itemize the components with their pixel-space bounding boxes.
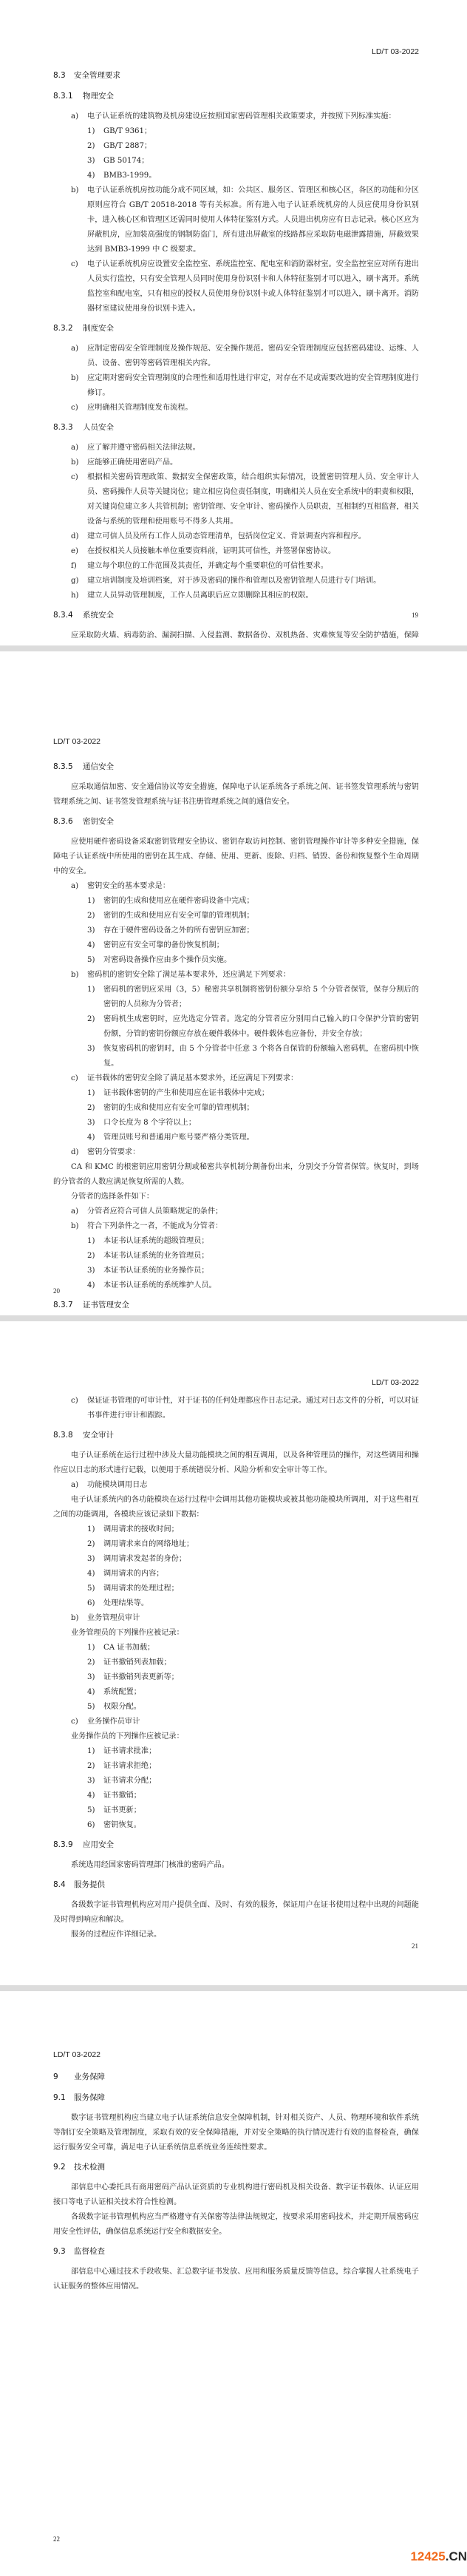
list-item: c)应明确相关管理制度发布流程。 (53, 401, 419, 416)
list-item-text: 本证书认证系统的业务操作员； (103, 1267, 209, 1275)
list-item: d)密钥分管要求： (53, 1145, 419, 1160)
list-marker: 3) (87, 1042, 95, 1057)
page-number: 22 (53, 2535, 60, 2543)
list-item: a)应了解并遵守密码相关法律法规。 (53, 441, 419, 455)
list-marker: a) (71, 1478, 78, 1493)
sub-list-item: 1)密码机的密钥应采用（3，5）秘密共享机制将密钥份额分享给 5 个分管者保管，… (53, 983, 419, 1012)
paragraph: 各级数字证书管理机构应当严格遵守有关保密等法律法规规定，按要求采用密码技术，并定… (53, 2210, 419, 2240)
section-title: 监督检查 (74, 2247, 105, 2256)
section-number: 9.3 (53, 2244, 74, 2259)
sub-list-item: 4)密钥应有安全可靠的备份恢复机制； (53, 938, 419, 953)
list-marker: 4) (87, 1789, 95, 1803)
sub-list-item: 3)口令长度为 8 个字符以上； (53, 1116, 419, 1131)
section-heading: 8.3.9应用安全 (53, 1837, 419, 1852)
list-item: a)功能模块调用日志 (53, 1478, 419, 1493)
list-marker: c) (71, 470, 78, 485)
list-item-text: 本证书认证系统的系统维护人员。 (103, 1281, 217, 1289)
section-number: 8.4 (53, 1877, 74, 1892)
page-number: 19 (412, 611, 418, 619)
section-heading: 8.3.8安全审计 (53, 1428, 419, 1443)
list-item: b)应能够正确使用密码产品。 (53, 455, 419, 470)
section-title: 人员安全 (83, 423, 114, 432)
section-number: 8.3.2 (53, 321, 83, 336)
list-marker: a) (71, 441, 78, 455)
list-item-text: 调用请求的处理过程； (103, 1584, 179, 1593)
list-item-text: 系统配置； (103, 1688, 141, 1696)
list-item-text: 证书请求拒绝； (103, 1762, 156, 1770)
sub-list-item: 1)调用请求的接收时间； (53, 1522, 419, 1537)
list-item-text: 业务管理员审计 (87, 1614, 140, 1622)
sub-list-item: 1)本证书认证系统的超级管理员； (53, 1234, 419, 1249)
sub-list-item: 6)处理结果等。 (53, 1596, 419, 1611)
list-marker: f) (71, 559, 77, 574)
paragraph: 应采取通信加密、安全通信协议等安全措施，保障电子认证系统各子系统之间、证书签发管… (53, 780, 419, 810)
sub-list-item: 4)调用请求的内容； (53, 1567, 419, 1582)
page-separator (0, 645, 467, 651)
sub-list-item: 2)证书请求拒绝； (53, 1759, 419, 1774)
section-number: 8.3.7 (53, 1298, 83, 1312)
list-item-text: 电子认证系统机房按功能分成不同区域，如：公共区、服务区、管理区和核心区，各区的功… (87, 186, 419, 254)
list-item-text: 建立可信人员及所有工作人员动态管理清单，包括岗位定义、背景调查内容和程序。 (87, 532, 366, 540)
list-marker: 2) (87, 1012, 95, 1027)
sub-list-item: 4)证书撤销； (53, 1789, 419, 1803)
sub-list-item: 3)存在于硬件密码设备之外的所有密钥应加密； (53, 923, 419, 938)
list-item-text: BMB3-1999。 (103, 172, 156, 180)
list-marker: 1) (87, 1234, 95, 1249)
list-item-text: 管理员账号和普通用户账号要严格分类管理。 (103, 1133, 254, 1142)
list-marker: a) (71, 1204, 78, 1219)
list-marker: e) (71, 544, 78, 559)
section-title: 制度安全 (83, 324, 114, 333)
list-item-text: 在授权相关人员接触本单位重要资料前，证明其可信性，并签署保密协议。 (87, 547, 335, 555)
paragraph: 电子认证系统内的各功能模块在运行过程中会调用其他功能模块或被其他功能模块所调用，… (53, 1493, 419, 1522)
sub-list-item: 1)证书载体密钥的产生和使用应在证书载体中完成； (53, 1086, 419, 1101)
list-marker: 6) (87, 1818, 95, 1833)
list-item-text: CA 证书加载； (103, 1644, 154, 1652)
document-code-header: LD/T 03-2022 (53, 737, 100, 746)
list-item-text: 调用请求来自的网络地址； (103, 1540, 194, 1548)
list-marker: 2) (87, 1101, 95, 1116)
list-marker: 2) (87, 1537, 95, 1552)
list-item-text: 建立每个职位的工作范围及其责任，并确定每个重要职位的可信性要求。 (87, 562, 328, 570)
list-item-text: 密钥分管要求： (87, 1148, 140, 1156)
page-21: LD/T 03-2022 c)保证证书管理的可审计性，对于证书的任何处理都应作日… (0, 1321, 467, 1985)
list-marker: 1) (87, 1641, 95, 1655)
list-item-text: 密钥的生成和使用应有安全可靠的管理机制； (103, 912, 254, 920)
list-item: b)业务管理员审计 (53, 1611, 419, 1626)
list-marker: 1) (87, 894, 95, 909)
section-title: 服务提供 (74, 1880, 105, 1889)
list-item-text: 密钥的生成和使用应有安全可靠的管理机制； (103, 1104, 254, 1112)
section-heading: 9.2技术检测 (53, 2160, 419, 2175)
list-marker: b) (71, 968, 79, 983)
section-number: 9.1 (53, 2090, 74, 2105)
sub-list-item: 3)GB 50174； (53, 154, 419, 169)
page-22: LD/T 03-2022 9业务保障9.1服务保障数字证书管理机构应当建立电子认… (0, 1991, 467, 2576)
list-item-text: 密钥的生成和使用应在硬件密码设备中完成； (103, 897, 254, 905)
sub-list-item: 3)恢复密码机的密钥时，由 5 个分管者中任意 3 个将各自保管的份额输入密码机… (53, 1042, 419, 1071)
list-marker: 2) (87, 1249, 95, 1264)
paragraph: CA 和 KMC 的根密钥应用密钥分割或秘密共享机制分割备份出来，分别交予分管者… (53, 1160, 419, 1190)
list-item-text: 口令长度为 8 个字符以上； (103, 1119, 196, 1127)
paragraph: 系统选用经国家密码管理部门核准的密码产品。 (53, 1858, 419, 1873)
list-marker: 1) (87, 1086, 95, 1101)
list-item: a)分管者应符合可信人员策略规定的条件； (53, 1204, 419, 1219)
page-number: 20 (53, 1287, 60, 1295)
document-code-header: LD/T 03-2022 (53, 2050, 100, 2059)
sub-list-item: 4)管理员账号和普通用户账号要严格分类管理。 (53, 1131, 419, 1145)
list-item: a)密钥安全的基本要求是： (53, 879, 419, 894)
list-item: f)建立每个职位的工作范围及其责任，并确定每个重要职位的可信性要求。 (53, 559, 419, 574)
list-marker: 3) (87, 1264, 95, 1278)
watermark-number: 12425 (410, 2549, 445, 2563)
list-item-text: GB/T 9361； (103, 127, 151, 135)
list-item-text: 密钥应有安全可靠的备份恢复机制； (103, 941, 224, 949)
section-number: 8.3.5 (53, 759, 83, 774)
sub-list-item: 5)对密码设备操作应由多个操作员实施。 (53, 953, 419, 968)
list-item-text: 应定期对密码安全管理制度的合理性和适用性进行审定，对存在不足或需要改进的安全管理… (87, 374, 419, 397)
list-item-text: 证书撤销； (103, 1792, 141, 1800)
list-item-text: 密钥恢复。 (103, 1821, 141, 1829)
list-item-text: 恢复密码机的密钥时，由 5 个分管者中任意 3 个将各自保管的份额输入密码机，在… (103, 1045, 419, 1068)
section-number: 8.3.9 (53, 1837, 83, 1852)
paragraph: 业务操作员的下列操作应被记录： (53, 1729, 419, 1744)
sub-list-item: 1)密钥的生成和使用应在硬件密码设备中完成； (53, 894, 419, 909)
page-separator (0, 1985, 467, 1991)
section-heading: 8.3.6密钥安全 (53, 814, 419, 829)
section-number: 9.2 (53, 2160, 74, 2175)
sub-list-item: 3)证书请求分配； (53, 1774, 419, 1789)
list-item-text: 密码机的密钥应采用（3，5）秘密共享机制将密钥份额分享给 5 个分管者保管，保存… (103, 986, 419, 1009)
list-marker: b) (71, 455, 79, 470)
section-title: 系统安全 (83, 611, 114, 620)
list-item-text: 存在于硬件密码设备之外的所有密钥应加密； (103, 926, 254, 935)
paragraph: 服务的过程应作详细记录。 (53, 1928, 419, 1942)
page-body: 8.3.5通信安全应采取通信加密、安全通信协议等安全措施，保障电子认证系统各子系… (53, 755, 419, 1377)
sub-list-item: 2)证书撤销列表加载； (53, 1655, 419, 1670)
list-item-text: GB 50174； (103, 157, 149, 165)
sub-list-item: 6)密钥恢复。 (53, 1818, 419, 1833)
list-marker: 3) (87, 923, 95, 938)
section-number: 8.3.4 (53, 608, 83, 623)
list-marker: 3) (87, 1774, 95, 1789)
list-marker: c) (71, 257, 78, 272)
paragraph: 部信息中心通过技术手段收集、汇总数字证书发放、应用和服务质量反馈等信息，综合掌握… (53, 2265, 419, 2294)
section-heading: 9.1服务保障 (53, 2090, 419, 2105)
sub-list-item: 2)本证书认证系统的业务管理员； (53, 1249, 419, 1264)
list-item: c)业务操作员审计 (53, 1715, 419, 1729)
sub-list-item: 5)权限分配。 (53, 1700, 419, 1715)
section-number: 9 (53, 2070, 74, 2084)
list-marker: d) (71, 1145, 79, 1160)
list-item-text: 调用请求发起者的身份； (103, 1555, 186, 1563)
list-item-text: 应制定密码安全管理制度及操作规范、安全操作规范。密码安全管理制度应包括密码建设、… (87, 345, 419, 367)
section-number: 8.3.1 (53, 89, 83, 104)
watermark-domain: .CN (446, 2549, 467, 2563)
list-marker: 5) (87, 953, 95, 968)
section-title: 业务保障 (74, 2072, 105, 2081)
list-marker: 5) (87, 1700, 95, 1715)
list-marker: 1) (87, 1522, 95, 1537)
sub-list-item: 4)系统配置； (53, 1685, 419, 1700)
list-item: c)电子认证系统机房应设置安全监控室、系统监控室、配电室和消防器材室。安全监控室… (53, 257, 419, 316)
list-item: b)符合下列条件之一者，不能成为分管者： (53, 1219, 419, 1234)
page-body: 9业务保障9.1服务保障数字证书管理机构应当建立电子认证系统信息安全保障机制，针… (53, 2065, 419, 2294)
list-marker: g) (71, 574, 79, 589)
list-item-text: 处理结果等。 (103, 1599, 149, 1607)
sub-list-item: 2)密码机生成密钥时，应先选定分管者。选定的分管者应分别用自己输入的口令保护分管… (53, 1012, 419, 1042)
sub-list-item: 3)证书撤销列表更新等； (53, 1670, 419, 1685)
section-number: 8.3.6 (53, 814, 83, 829)
list-item-text: 对密码设备操作应由多个操作员实施。 (103, 956, 231, 964)
list-marker: 3) (87, 154, 95, 169)
section-title: 服务保障 (74, 2093, 105, 2102)
section-heading: 8.3.7证书管理安全 (53, 1298, 419, 1312)
list-item: b)应定期对密码安全管理制度的合理性和适用性进行审定，对存在不足或需要改进的安全… (53, 371, 419, 401)
list-item: d)建立可信人员及所有工作人员动态管理清单，包括岗位定义、背景调查内容和程序。 (53, 529, 419, 544)
sub-list-item: 3)调用请求发起者的身份； (53, 1552, 419, 1567)
list-marker: 5) (87, 1803, 95, 1818)
list-marker: a) (71, 879, 78, 894)
list-item-text: 证书撤销列表更新等； (103, 1673, 179, 1681)
section-heading: 9.3监督检查 (53, 2244, 419, 2259)
sub-list-item: 2)密钥的生成和使用应有安全可靠的管理机制； (53, 1101, 419, 1116)
section-title: 通信安全 (83, 762, 114, 771)
section-title: 证书管理安全 (83, 1301, 129, 1309)
page-body: c)保证证书管理的可审计性，对于证书的任何处理都应作日志记录。通过对日志文件的分… (53, 1394, 419, 1942)
section-number: 8.3.3 (53, 420, 83, 435)
list-item-text: 证书请求批准； (103, 1747, 156, 1755)
list-marker: 1) (87, 983, 95, 997)
list-item-text: 调用请求的内容； (103, 1570, 164, 1578)
list-item-text: 保证证书管理的可审计性，对于证书的任何处理都应作日志记录。通过对日志文件的分析，… (87, 1397, 419, 1420)
section-title: 技术检测 (74, 2163, 105, 2172)
page-number: 21 (412, 1942, 418, 1950)
list-item-text: 证书载体密钥的产生和使用应在证书载体中完成； (103, 1089, 269, 1097)
section-heading: 8.3.4系统安全 (53, 608, 419, 623)
list-marker: 2) (87, 1655, 95, 1670)
page-19: LD/T 03-2022 8.3安全管理要求8.3.1物理安全a)电子认证系统的… (0, 0, 467, 645)
list-item-text: 电子认证系统的建筑物及机房建设应按照国家密码管理相关政策要求，并按照下列标准实施… (87, 112, 396, 121)
page-body: 8.3安全管理要求8.3.1物理安全a)电子认证系统的建筑物及机房建设应按照国家… (53, 64, 419, 658)
section-heading: 8.3.2制度安全 (53, 321, 419, 336)
list-item: a)电子认证系统的建筑物及机房建设应按照国家密码管理相关政策要求，并按照下列标准… (53, 109, 419, 124)
section-number: 8.3 (53, 68, 74, 83)
list-item-text: 调用请求的接收时间； (103, 1525, 179, 1533)
list-item: b)电子认证系统机房按功能分成不同区域，如：公共区、服务区、管理区和核心区，各区… (53, 183, 419, 257)
list-marker: 6) (87, 1596, 95, 1611)
list-item-text: 密钥安全的基本要求是： (87, 882, 170, 890)
site-watermark-logo: 12425.CN (410, 2549, 467, 2564)
list-marker: 4) (87, 1131, 95, 1145)
sub-list-item: 1)CA 证书加载； (53, 1641, 419, 1655)
list-item-text: 应明确相关管理制度发布流程。 (87, 404, 193, 412)
paragraph: 分管者的选择条件如下： (53, 1190, 419, 1204)
list-marker: 3) (87, 1670, 95, 1685)
list-item-text: 本证书认证系统的超级管理员； (103, 1237, 209, 1245)
list-marker: a) (71, 109, 78, 124)
list-item-text: 证书载体的密钥安全除了满足基本要求外，还应满足下列要求： (87, 1074, 298, 1082)
sub-list-item: 2)密钥的生成和使用应有安全可靠的管理机制； (53, 909, 419, 923)
list-marker: b) (71, 1611, 79, 1626)
paragraph: 应使用硬件密码设备采取密钥管理安全协议、密钥存取访问控制、密钥管理操作审计等多种… (53, 835, 419, 879)
section-heading: 8.4服务提供 (53, 1877, 419, 1892)
section-heading: 8.3安全管理要求 (53, 68, 419, 83)
list-marker: a) (71, 342, 78, 356)
list-marker: c) (71, 1715, 78, 1729)
list-item-text: 证书请求分配； (103, 1777, 156, 1785)
list-marker: c) (71, 1394, 78, 1409)
list-marker: 4) (87, 1278, 95, 1293)
sub-list-item: 4)本证书认证系统的系统维护人员。 (53, 1278, 419, 1293)
list-item-text: 业务操作员审计 (87, 1718, 140, 1726)
section-number: 8.3.8 (53, 1428, 83, 1443)
list-item: c)根据相关密码管理政策、数据安全保密政策，结合组织实际情况，设置密钥管理人员、… (53, 470, 419, 529)
page-separator (0, 1315, 467, 1321)
list-item-text: 证书更新； (103, 1806, 141, 1814)
paragraph: 业务管理员的下列操作应被记录： (53, 1626, 419, 1641)
list-item-text: 建立人员异动管理制度，工作人员离职后应立即删除其相应的权限。 (87, 592, 313, 600)
list-marker: b) (71, 371, 79, 386)
list-marker: c) (71, 401, 78, 416)
list-item-text: 证书撤销列表加载； (103, 1658, 171, 1667)
list-item-text: 电子认证系统机房应设置安全监控室、系统监控室、配电室和消防器材室。安全监控室应对… (87, 260, 419, 313)
list-item-text: 权限分配。 (103, 1703, 141, 1711)
list-marker: 4) (87, 938, 95, 953)
paragraph: 部信息中心委托具有商用密码产品认证资质的专业机构进行密码机及相关设备、数字证书载… (53, 2180, 419, 2210)
sub-list-item: 3)本证书认证系统的业务操作员； (53, 1264, 419, 1278)
list-marker: 3) (87, 1116, 95, 1131)
list-marker: 3) (87, 1552, 95, 1567)
section-title: 安全管理要求 (74, 71, 120, 80)
page-20: LD/T 03-2022 8.3.5通信安全应采取通信加密、安全通信协议等安全措… (0, 651, 467, 1315)
sub-list-item: 1)GB/T 9361； (53, 124, 419, 139)
list-marker: 4) (87, 1567, 95, 1582)
list-marker: 4) (87, 1685, 95, 1700)
section-title: 安全审计 (83, 1431, 114, 1440)
list-marker: 1) (87, 124, 95, 139)
list-marker: 2) (87, 1759, 95, 1774)
list-marker: d) (71, 529, 79, 544)
list-marker: 5) (87, 1582, 95, 1596)
sub-list-item: 5)证书更新； (53, 1803, 419, 1818)
list-item-text: 建立培训制度及培训档案，对于涉及密码的操作和管理以及密钥管理人员进行专门培训。 (87, 577, 381, 585)
list-marker: 1) (87, 1744, 95, 1759)
list-item-text: 分管者应符合可信人员策略规定的条件； (87, 1207, 222, 1216)
list-item-text: 密码机生成密钥时，应先选定分管者。选定的分管者应分别用自己输入的口令保护分管的密… (103, 1015, 419, 1038)
document-code-header: LD/T 03-2022 (372, 47, 419, 56)
sub-list-item: 1)证书请求批准； (53, 1744, 419, 1759)
document-code-header: LD/T 03-2022 (372, 1378, 419, 1387)
section-title: 密钥安全 (83, 817, 114, 826)
list-marker: b) (71, 183, 79, 198)
list-item-text: 密码机的密钥安全除了满足基本要求外，还应满足下列要求： (87, 971, 290, 979)
list-item-text: 应了解并遵守密码相关法律法规。 (87, 444, 200, 452)
section-heading: 8.3.1物理安全 (53, 89, 419, 104)
list-item: a)应制定密码安全管理制度及操作规范、安全操作规范。密码安全管理制度应包括密码建… (53, 342, 419, 371)
section-heading: 8.3.5通信安全 (53, 759, 419, 774)
paragraph: 各级数字证书管理机构应对用户提供全面、及时、有效的服务，保证用户在证书使用过程中… (53, 1898, 419, 1928)
list-item-text: 符合下列条件之一者，不能成为分管者： (87, 1222, 222, 1230)
list-item-text: 应能够正确使用密码产品。 (87, 458, 177, 467)
list-item-text: GB/T 2887； (103, 142, 151, 150)
list-marker: b) (71, 1219, 79, 1234)
list-item-text: 功能模块调用日志 (87, 1481, 148, 1489)
paragraph: 电子认证系统在运行过程中涉及大量功能模块之间的相互调用，以及各种管理员的操作，对… (53, 1448, 419, 1478)
sub-list-item: 2)GB/T 2887； (53, 139, 419, 154)
list-item: e)在授权相关人员接触本单位重要资料前，证明其可信性，并签署保密协议。 (53, 544, 419, 559)
list-marker: h) (71, 589, 79, 603)
list-item: b)密码机的密钥安全除了满足基本要求外，还应满足下列要求： (53, 968, 419, 983)
section-heading: 8.3.3人员安全 (53, 420, 419, 435)
sub-list-item: 5)调用请求的处理过程； (53, 1582, 419, 1596)
list-item: h)建立人员异动管理制度，工作人员离职后应立即删除其相应的权限。 (53, 589, 419, 603)
section-title: 物理安全 (83, 92, 114, 101)
section-heading: 9业务保障 (53, 2070, 419, 2084)
list-item-text: 根据相关密码管理政策、数据安全保密政策，结合组织实际情况，设置密钥管理人员、安全… (87, 473, 419, 526)
list-marker: 2) (87, 909, 95, 923)
list-marker: c) (71, 1071, 78, 1086)
list-item: c)保证证书管理的可审计性，对于证书的任何处理都应作日志记录。通过对日志文件的分… (53, 1394, 419, 1423)
list-marker: 4) (87, 169, 95, 183)
sub-list-item: 4)BMB3-1999。 (53, 169, 419, 183)
list-item: c)证书载体的密钥安全除了满足基本要求外，还应满足下列要求： (53, 1071, 419, 1086)
list-marker: 2) (87, 139, 95, 154)
section-title: 应用安全 (83, 1840, 114, 1849)
list-item-text: 本证书认证系统的业务管理员； (103, 1252, 209, 1260)
sub-list-item: 2)调用请求来自的网络地址； (53, 1537, 419, 1552)
list-item: g)建立培训制度及培训档案，对于涉及密码的操作和管理以及密钥管理人员进行专门培训… (53, 574, 419, 589)
paragraph: 数字证书管理机构应当建立电子认证系统信息安全保障机制，针对相关资产、人员、物理环… (53, 2111, 419, 2155)
